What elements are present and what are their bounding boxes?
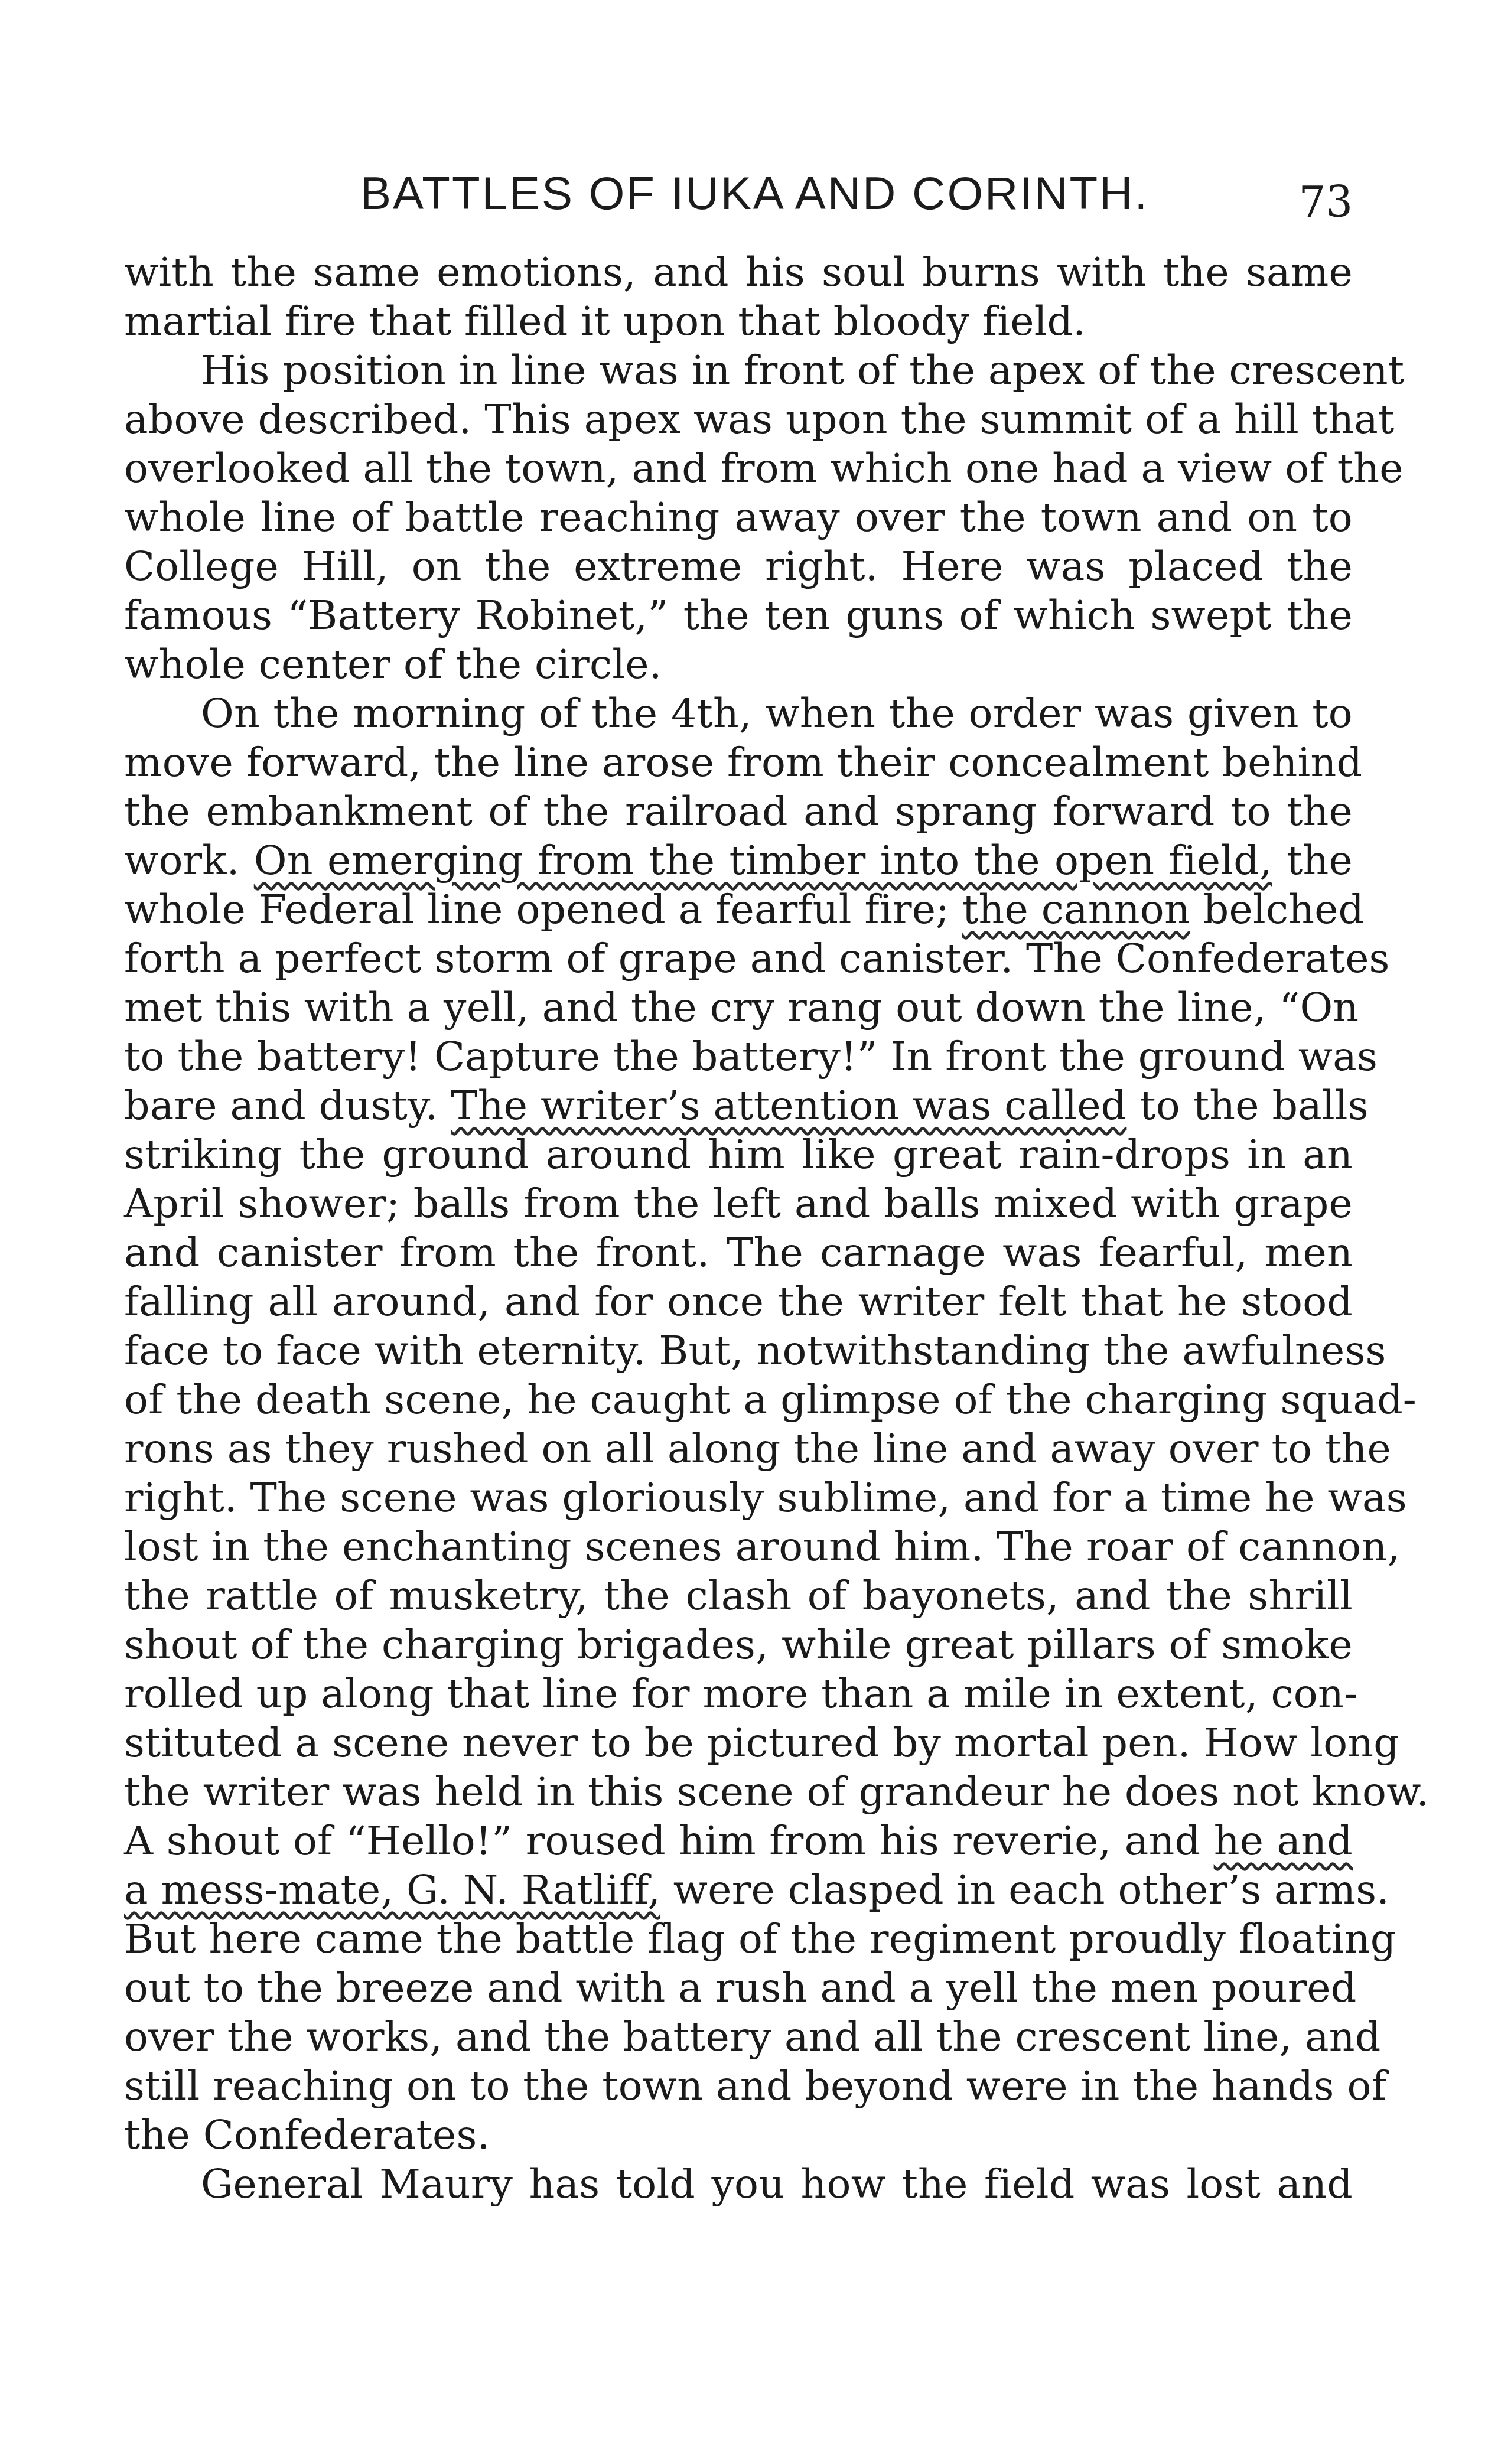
- text-line: face to face with eternity. But, notwith…: [124, 1326, 1353, 1376]
- text-line: famous “Battery Robinet,” the ten guns o…: [124, 591, 1353, 640]
- text-line: overlooked all the town, and from which …: [124, 444, 1353, 493]
- text-segment: bare and dusty.: [124, 1083, 451, 1129]
- text-line: the embankment of the railroad and spran…: [124, 787, 1353, 836]
- text-line: General Maury has told you how the field…: [124, 2160, 1353, 2209]
- text-line: April shower; balls from the left and ba…: [124, 1179, 1353, 1228]
- text-line: the Confederates.: [124, 2111, 1353, 2160]
- text-line: of the death scene, he caught a glimpse …: [124, 1376, 1353, 1425]
- text-line: martial fire that filled it upon that bl…: [124, 297, 1353, 346]
- text-line: still reaching on to the town and beyond…: [124, 2062, 1353, 2111]
- text-line: the writer was held in this scene of gra…: [124, 1768, 1353, 1817]
- text-line: work. On emerging from the timber into t…: [124, 836, 1353, 885]
- text-line: move forward, the line arose from their …: [124, 738, 1353, 787]
- running-title: BATTLES OF IUKA AND CORINTH.: [360, 167, 1149, 220]
- handwritten-underline: the cannon: [962, 886, 1190, 933]
- text-line: met this with a yell, and the cry rang o…: [124, 983, 1353, 1032]
- text-segment: work.: [124, 837, 254, 884]
- text-segment: to the balls: [1126, 1083, 1369, 1129]
- text-line: But here came the battle flag of the reg…: [124, 1915, 1353, 1964]
- text-segment: the: [1272, 837, 1353, 884]
- text-line: with the same emotions, and his soul bur…: [124, 248, 1353, 297]
- text-segment: belched: [1190, 886, 1364, 933]
- text-line: rons as they rushed on all along the lin…: [124, 1425, 1353, 1474]
- text-line: A shout of “Hello!” roused him from his …: [124, 1817, 1353, 1866]
- text-line: falling all around, and for once the wri…: [124, 1277, 1353, 1326]
- running-head: BATTLES OF IUKA AND CORINTH. 73: [124, 159, 1353, 224]
- text-segment: A shout of “Hello!” roused him from his …: [124, 1818, 1214, 1865]
- text-line: lost in the enchanting scenes around him…: [124, 1523, 1353, 1572]
- text-line: College Hill, on the extreme right. Here…: [124, 542, 1353, 591]
- text-line: forth a perfect storm of grape and canis…: [124, 934, 1353, 983]
- handwritten-underline: a mess-mate, G. N. Ratliff,: [124, 1867, 660, 1914]
- text-segment: whole Federal line opened a fearful fire…: [124, 886, 962, 933]
- text-line: His position in line was in front of the…: [124, 346, 1353, 395]
- text-line: out to the breeze and with a rush and a …: [124, 1964, 1353, 2013]
- handwritten-underline: On emerging from the timber into the ope…: [254, 837, 1272, 884]
- text-line: bare and dusty. The writer’s attention w…: [124, 1081, 1353, 1130]
- text-line: whole line of battle reaching away over …: [124, 493, 1353, 542]
- text-line: a mess-mate, G. N. Ratliff, were clasped…: [124, 1866, 1353, 1915]
- text-line: right. The scene was gloriously sublime,…: [124, 1474, 1353, 1523]
- text-line: over the works, and the battery and all …: [124, 2013, 1353, 2062]
- text-line: shout of the charging brigades, while gr…: [124, 1621, 1353, 1670]
- book-page: BATTLES OF IUKA AND CORINTH. 73 with the…: [0, 0, 1488, 2464]
- text-line: On the morning of the 4th, when the orde…: [124, 689, 1353, 738]
- text-segment: were clasped in each other’s arms.: [660, 1867, 1389, 1914]
- text-line: whole Federal line opened a fearful fire…: [124, 885, 1353, 934]
- text-line: to the battery! Capture the battery!” In…: [124, 1032, 1353, 1081]
- body-text: with the same emotions, and his soul bur…: [124, 248, 1353, 2209]
- text-line: the rattle of musketry, the clash of bay…: [124, 1572, 1353, 1621]
- page-number: 73: [1298, 177, 1353, 227]
- text-line: stituted a scene never to be pictured by…: [124, 1719, 1353, 1768]
- handwritten-underline: he and: [1214, 1818, 1353, 1865]
- text-line: and canister from the front. The carnage…: [124, 1228, 1353, 1277]
- text-line: whole center of the circle.: [124, 640, 1353, 689]
- handwritten-underline: The writer’s attention was called: [451, 1083, 1126, 1129]
- text-line: striking the ground around him like grea…: [124, 1130, 1353, 1179]
- text-line: above described. This apex was upon the …: [124, 395, 1353, 444]
- text-line: rolled up along that line for more than …: [124, 1670, 1353, 1719]
